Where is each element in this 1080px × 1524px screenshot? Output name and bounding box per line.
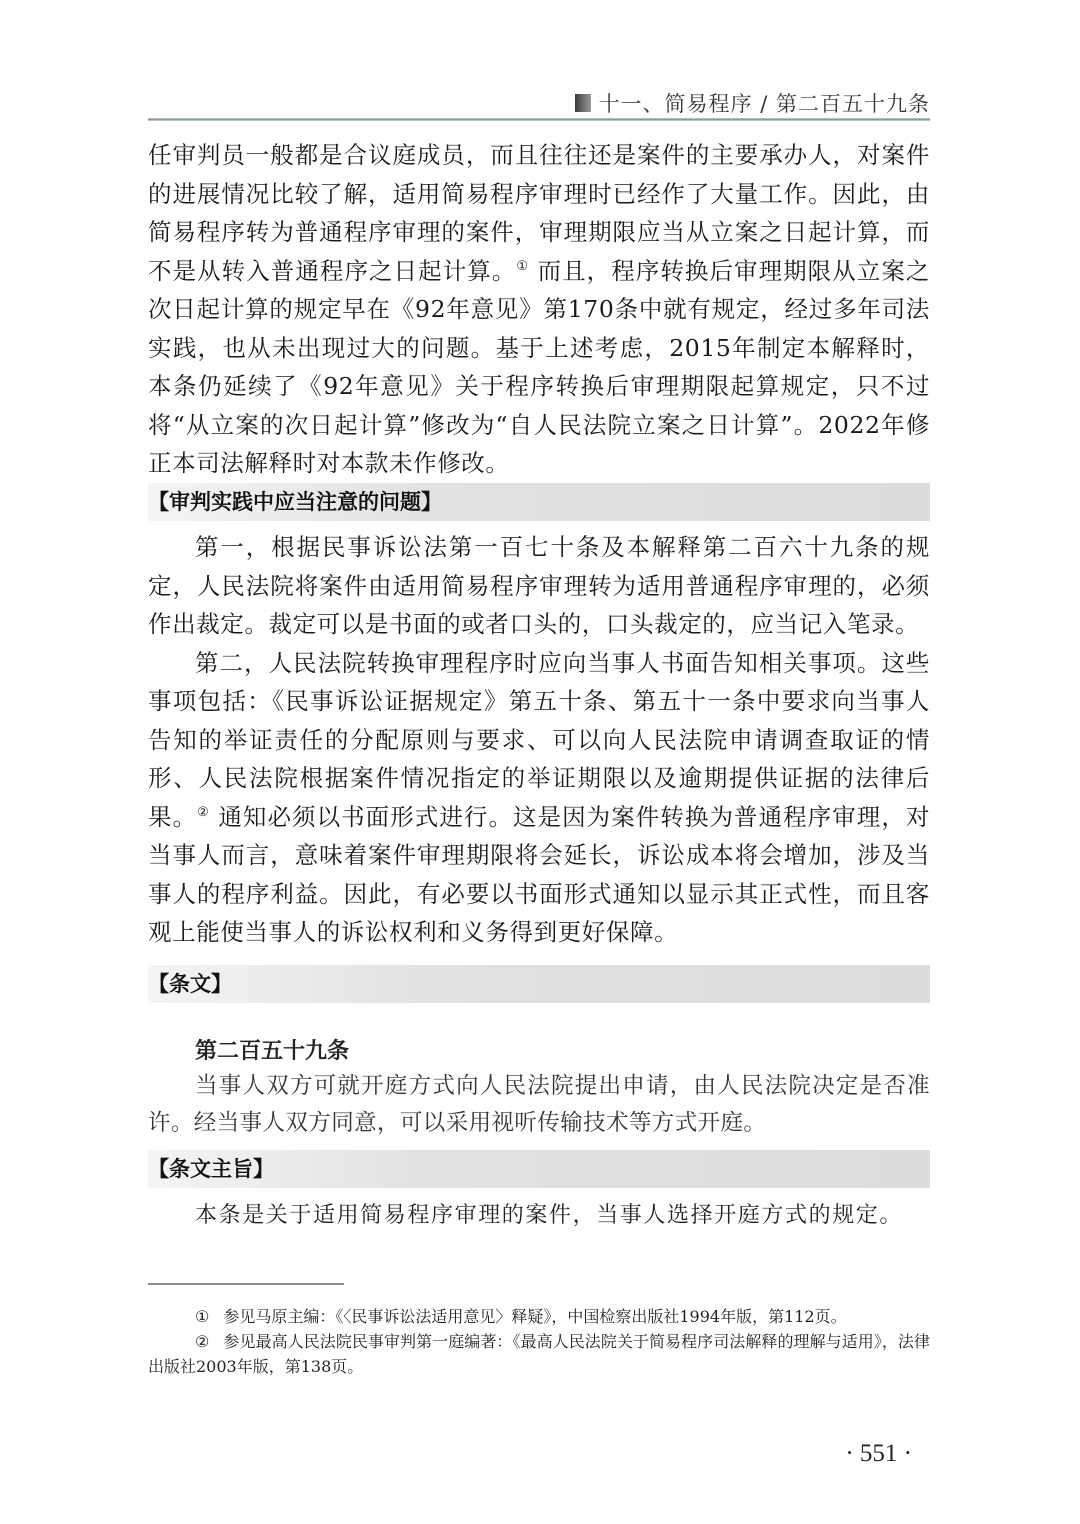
practice-paragraph-2-part2: 通知必须以书面形式进行。这是因为案件转换为普通程序审理，对当事人而言，意味着案件…: [148, 803, 930, 947]
footnote-1-text: 参见马原主编：《〈民事诉讼法适用意见〉释疑》，中国检察出版社1994年版，第11…: [223, 1307, 846, 1326]
running-header: 十一、简易程序 / 第二百五十九条: [575, 88, 930, 118]
page-number: · 551 ·: [148, 1440, 930, 1468]
header-rule: [148, 118, 930, 121]
article-paragraph: 当事人双方可就开庭方式向人民法院提出申请，由人民法院决定是否准许。经当事人双方同…: [148, 1068, 930, 1142]
footnote-1-marker: ①: [195, 1307, 209, 1326]
footnotes: ①参见马原主编：《〈民事诉讼法适用意见〉释疑》，中国检察出版社1994年版，第1…: [148, 1304, 930, 1379]
footnote-2-marker: ②: [195, 1332, 209, 1351]
section-heading-gist: 【条文主旨】: [148, 1150, 930, 1188]
continued-paragraph: 任审判员一般都是合议庭成员，而且往往还是案件的主要承办人，对案件的进展情况比较了…: [148, 136, 930, 483]
continued-text-part2: 而且，程序转换后审理期限从立案之次日起计算的规定早在《92年意见》第170条中就…: [148, 257, 930, 478]
gist-text: 本条是关于适用简易程序审理的案件，当事人选择开庭方式的规定。: [195, 1198, 903, 1229]
footnote-separator: [148, 1283, 344, 1285]
section-heading-article: 【条文】: [148, 965, 930, 1003]
header-marker-icon: [575, 94, 591, 112]
article-title: 第二百五十九条: [195, 1034, 349, 1065]
footnote-2: ②参见最高人民法院民事审判第一庭编著：《最高人民法院关于简易程序司法解释的理解与…: [148, 1329, 930, 1379]
article-text: 当事人双方可就开庭方式向人民法院提出申请，由人民法院决定是否准许。经当事人双方同…: [148, 1068, 930, 1142]
practice-paragraph-1: 第一，根据民事诉讼法第一百七十条及本解释第二百六十九条的规定，人民法院将案件由适…: [148, 528, 930, 644]
header-section-path: 十一、简易程序 / 第二百五十九条: [599, 88, 930, 118]
section-heading-practice: 【审判实践中应当注意的问题】: [148, 483, 930, 521]
practice-paragraph-2: 第二，人民法院转换审理程序时应向当事人书面告知相关事项。这些事项包括：《民事诉讼…: [148, 644, 930, 952]
footnote-1: ①参见马原主编：《〈民事诉讼法适用意见〉释疑》，中国检察出版社1994年版，第1…: [148, 1304, 930, 1329]
practice-body: 第一，根据民事诉讼法第一百七十条及本解释第二百六十九条的规定，人民法院将案件由适…: [148, 528, 930, 952]
footnote-2-text: 参见最高人民法院民事审判第一庭编著：《最高人民法院关于简易程序司法解释的理解与适…: [148, 1332, 930, 1376]
footnote-ref-2[interactable]: ②: [197, 805, 210, 820]
footnote-ref-1[interactable]: ①: [516, 259, 529, 274]
